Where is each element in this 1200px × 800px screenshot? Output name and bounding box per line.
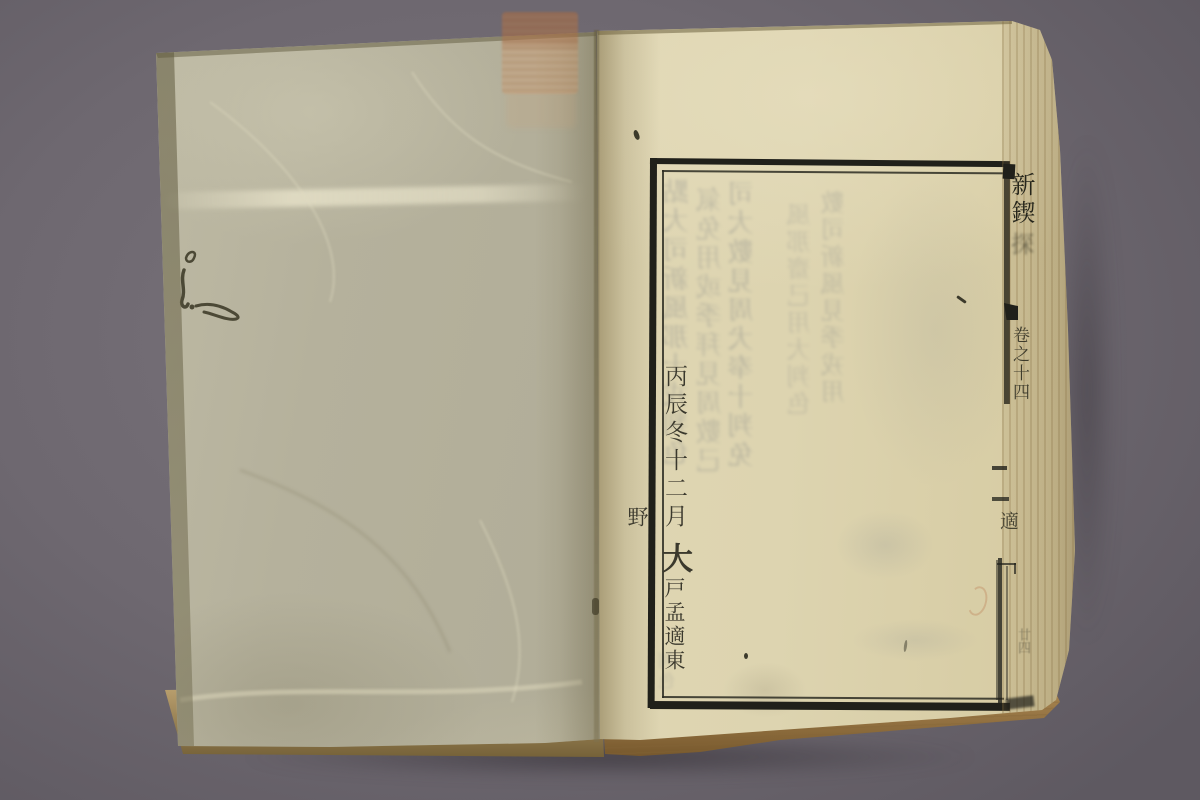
fold-column-line xyxy=(996,560,998,700)
bleedthrough-text: 數司新風見季戎用 xyxy=(822,190,848,406)
bleedthrough-text: 風那齋己用大判色 xyxy=(788,202,814,418)
binding-gutter xyxy=(594,30,599,742)
bleedthrough-text: 氣免用或季拜見周數己 xyxy=(697,186,726,476)
fold-corner-tick xyxy=(1014,563,1016,574)
fold-dash-mark xyxy=(992,466,1007,470)
book-photo: 點大司新風那十戎判色 氣免用或季拜見周數己 司大數見周犬奉十判免 風那齋己用大判… xyxy=(0,0,1200,800)
fold-mid-character: 適 xyxy=(1000,511,1022,530)
handwritten-colophon: 丙辰冬十二月大戸孟適東野 xyxy=(657,358,697,678)
handwritten-date: 丙辰冬十二月 xyxy=(661,364,687,532)
binding-stitch xyxy=(592,598,599,615)
tape-residue xyxy=(502,12,578,94)
ink-speck xyxy=(744,653,748,659)
fold-smudged-character: 探 xyxy=(1011,232,1037,255)
fold-series-title: 新鍥 xyxy=(1011,172,1039,228)
fold-column-line xyxy=(1006,566,1008,700)
fold-volume-label: 卷之十四 xyxy=(1008,326,1032,402)
tape-residue-fade xyxy=(506,92,576,128)
bleedthrough-text: 司大數見周犬奉十判免 xyxy=(729,180,758,470)
fold-page-number: 廿四 xyxy=(1014,628,1032,654)
fold-dash-mark xyxy=(992,497,1009,501)
handwritten-name-initial: 大 xyxy=(656,532,692,575)
